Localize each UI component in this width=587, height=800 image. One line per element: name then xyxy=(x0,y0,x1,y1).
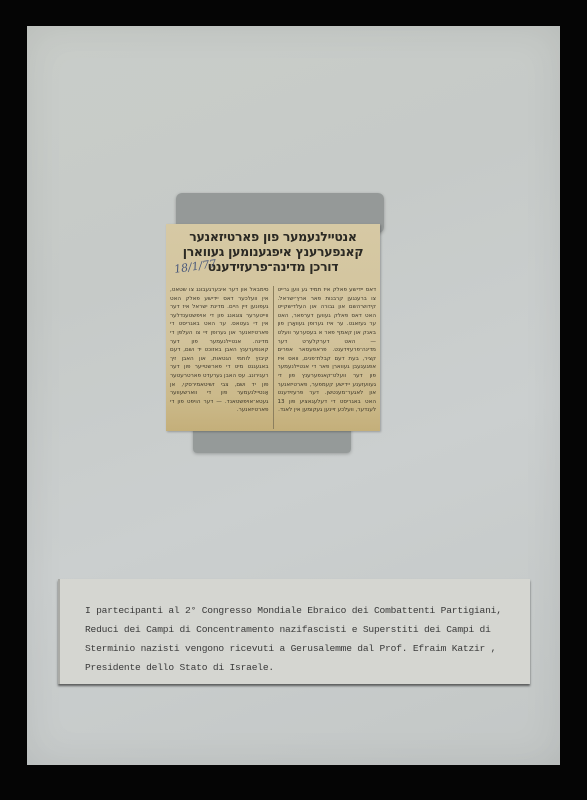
caption-text: I partecipanti al 2° Congresso Mondiale … xyxy=(85,601,525,677)
typed-caption-slip: I partecipanti al 2° Congresso Mondiale … xyxy=(58,579,530,684)
article-column-left: סימבאל און דער איבערגעבונג צו שטאט, אין … xyxy=(170,286,269,429)
headline-line: קאנפערענץ איפגענומען געווארן xyxy=(166,244,380,259)
column-divider xyxy=(273,286,274,429)
yiddish-newspaper-clipping: אנטיילנעמער פון פארטיזאנער קאנפערענץ איפ… xyxy=(166,224,380,431)
article-column-right: דאס יידישע פאלק איז תמיד גע ווען גרייט צ… xyxy=(278,286,377,429)
headline-line: אנטיילנעמער פון פארטיזאנער xyxy=(166,229,380,244)
article-body: דאס יידישע פאלק איז תמיד גע ווען גרייט צ… xyxy=(170,286,376,429)
